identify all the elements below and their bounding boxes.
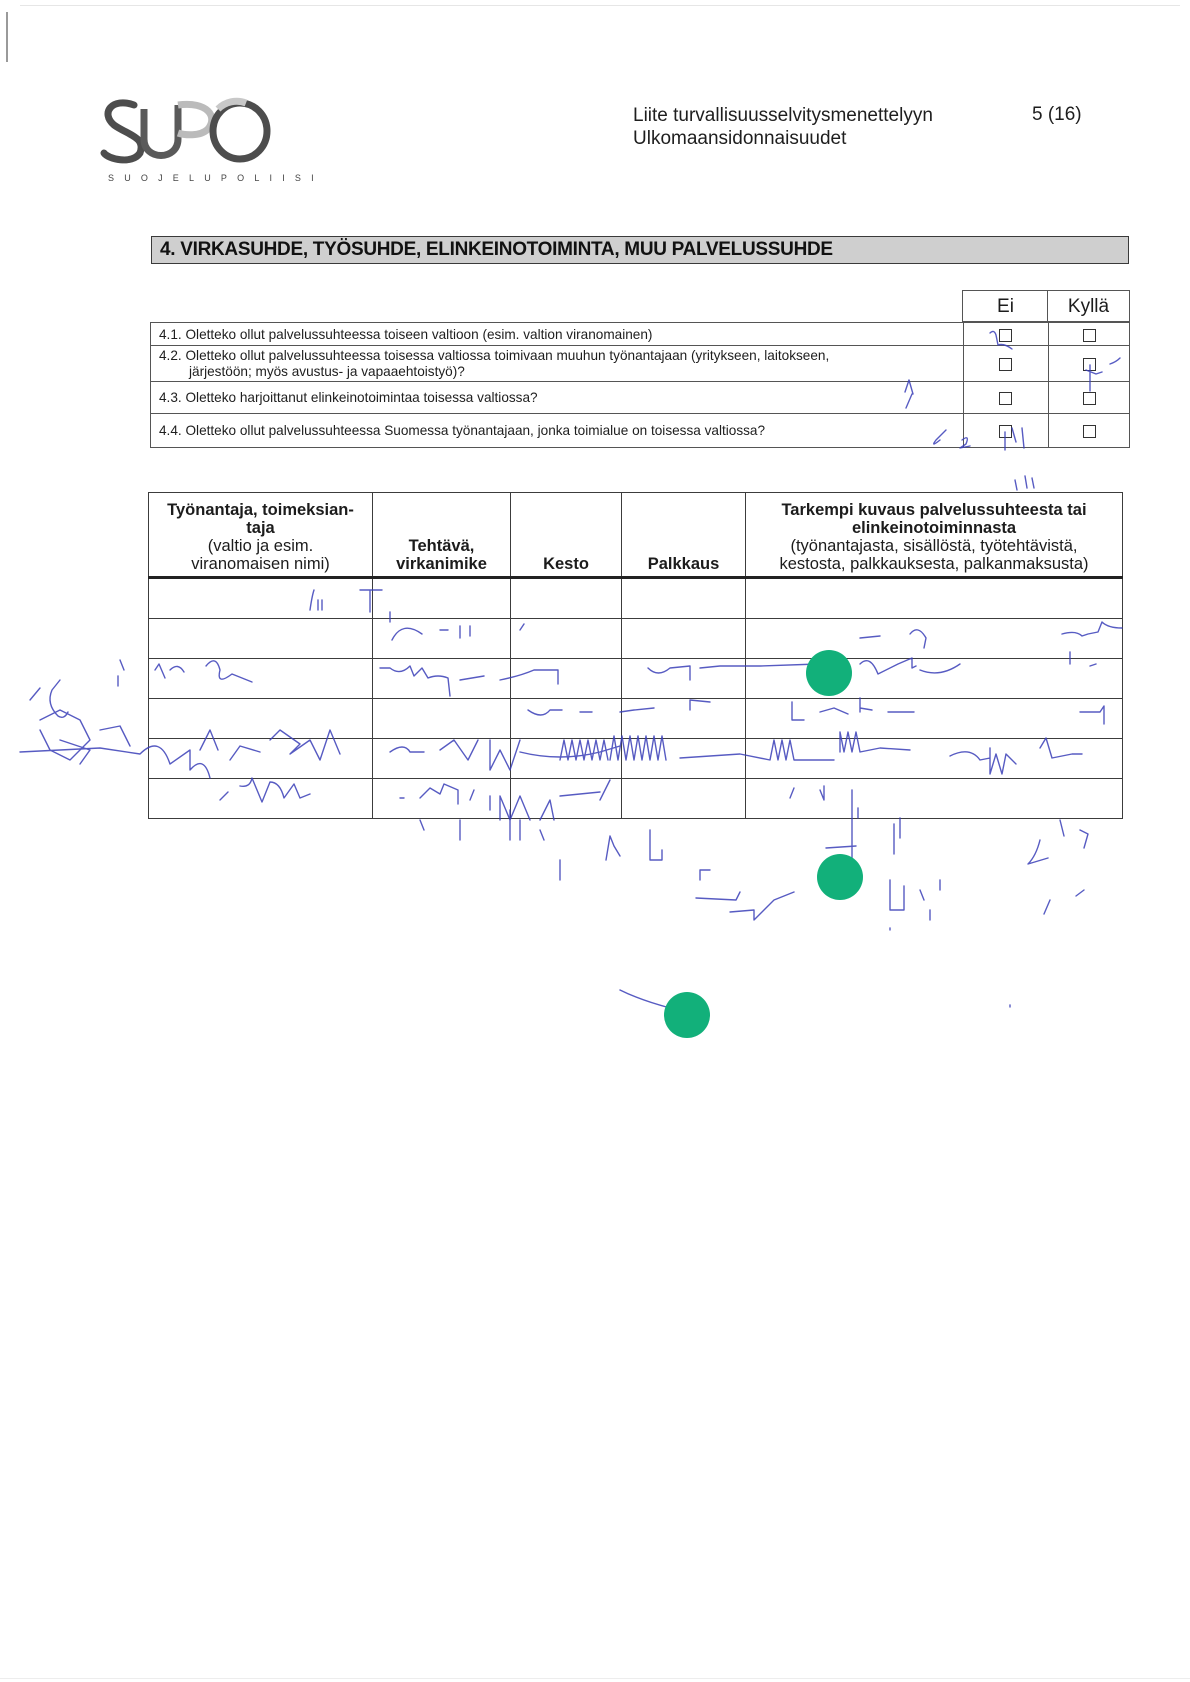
table-cell[interactable]: [511, 739, 622, 779]
document-title-line1: Liite turvallisuusselvitysmenettelyyn: [633, 104, 933, 127]
table-cell[interactable]: [622, 659, 746, 699]
table-cell[interactable]: [149, 619, 373, 659]
table-cell[interactable]: [511, 578, 622, 619]
column-header-salary: Palkkaus: [622, 493, 746, 578]
green-marker-dot: [664, 992, 710, 1038]
table-cell[interactable]: [622, 779, 746, 819]
table-row: [149, 619, 1123, 659]
answer-ei-checkbox[interactable]: [999, 329, 1012, 342]
answer-kylla-checkbox[interactable]: [1083, 425, 1096, 438]
answer-kylla-checkbox[interactable]: [1083, 358, 1096, 371]
table-cell[interactable]: [511, 659, 622, 699]
answer-ei-checkbox[interactable]: [999, 425, 1012, 438]
column-header-employer: Työnantaja, toimeksian-taja(valtio ja es…: [149, 493, 373, 578]
table-cell[interactable]: [622, 699, 746, 739]
answer-ei-checkbox[interactable]: [999, 358, 1012, 371]
column-header-kylla: Kyllä: [1047, 290, 1130, 322]
question-text: 4.4. Oletteko ollut palvelussuhteessa Su…: [159, 423, 765, 439]
page-number: 5 (16): [1032, 104, 1082, 126]
question-row: 4.1. Oletteko ollut palvelussuhteessa to…: [150, 322, 1130, 346]
document-title-line2: Ulkomaansidonnaisuudet: [633, 127, 933, 150]
page-edge: [6, 12, 8, 62]
table-cell[interactable]: [746, 699, 1123, 739]
table-cell[interactable]: [622, 739, 746, 779]
table-row: [149, 699, 1123, 739]
supo-logo-mark: [100, 95, 280, 165]
green-marker-dot: [806, 650, 852, 696]
table-cell[interactable]: [149, 739, 373, 779]
answer-kylla-checkbox[interactable]: [1083, 392, 1096, 405]
table-row: [149, 739, 1123, 779]
table-row: [149, 779, 1123, 819]
employment-table-body: [149, 578, 1123, 819]
answer-ei-checkbox[interactable]: [999, 392, 1012, 405]
table-cell[interactable]: [511, 619, 622, 659]
table-cell[interactable]: [373, 699, 511, 739]
table-cell[interactable]: [373, 659, 511, 699]
page-edge: [0, 1678, 1190, 1679]
table-cell[interactable]: [149, 779, 373, 819]
table-cell[interactable]: [746, 739, 1123, 779]
section-header: 4. VIRKASUHDE, TYÖSUHDE, ELINKEINOTOIMIN…: [151, 236, 1129, 264]
table-cell[interactable]: [373, 739, 511, 779]
table-cell[interactable]: [622, 578, 746, 619]
column-header-duration: Kesto: [511, 493, 622, 578]
green-marker-dot: [817, 854, 863, 900]
table-cell[interactable]: [511, 779, 622, 819]
table-cell[interactable]: [511, 699, 622, 739]
question-row: 4.2. Oletteko ollut palvelussuhteessa to…: [150, 346, 1130, 382]
table-row: [149, 659, 1123, 699]
table-cell[interactable]: [373, 779, 511, 819]
table-cell[interactable]: [373, 619, 511, 659]
table-cell[interactable]: [149, 659, 373, 699]
table-cell[interactable]: [746, 619, 1123, 659]
table-cell[interactable]: [149, 699, 373, 739]
table-header-row: Työnantaja, toimeksian-taja(valtio ja es…: [149, 493, 1123, 578]
document-title: Liite turvallisuusselvitysmenettelyyn Ul…: [633, 104, 933, 150]
table-cell[interactable]: [149, 578, 373, 619]
question-text: 4.1. Oletteko ollut palvelussuhteessa to…: [159, 327, 652, 343]
table-row: [149, 578, 1123, 619]
column-header-ei: Ei: [962, 290, 1048, 322]
employment-table: Työnantaja, toimeksian-taja(valtio ja es…: [148, 492, 1123, 819]
logo-subtitle: SUOJELUPOLIISI: [108, 173, 324, 183]
question-text: 4.3. Oletteko harjoittanut elinkeinotoim…: [159, 390, 538, 406]
table-cell[interactable]: [746, 578, 1123, 619]
question-row: 4.4. Oletteko ollut palvelussuhteessa Su…: [150, 414, 1130, 448]
table-cell[interactable]: [746, 779, 1123, 819]
column-header-task: Tehtävä,virkanimike: [373, 493, 511, 578]
question-text: 4.2. Oletteko ollut palvelussuhteessa to…: [159, 348, 829, 380]
table-cell[interactable]: [622, 619, 746, 659]
page-edge: [20, 5, 1180, 6]
supo-logo: SUOJELUPOLIISI: [100, 95, 300, 190]
table-cell[interactable]: [746, 659, 1123, 699]
question-row: 4.3. Oletteko harjoittanut elinkeinotoim…: [150, 382, 1130, 414]
table-cell[interactable]: [373, 578, 511, 619]
answer-kylla-checkbox[interactable]: [1083, 329, 1096, 342]
column-header-description: Tarkempi kuvaus palvelussuhteesta taieli…: [746, 493, 1123, 578]
